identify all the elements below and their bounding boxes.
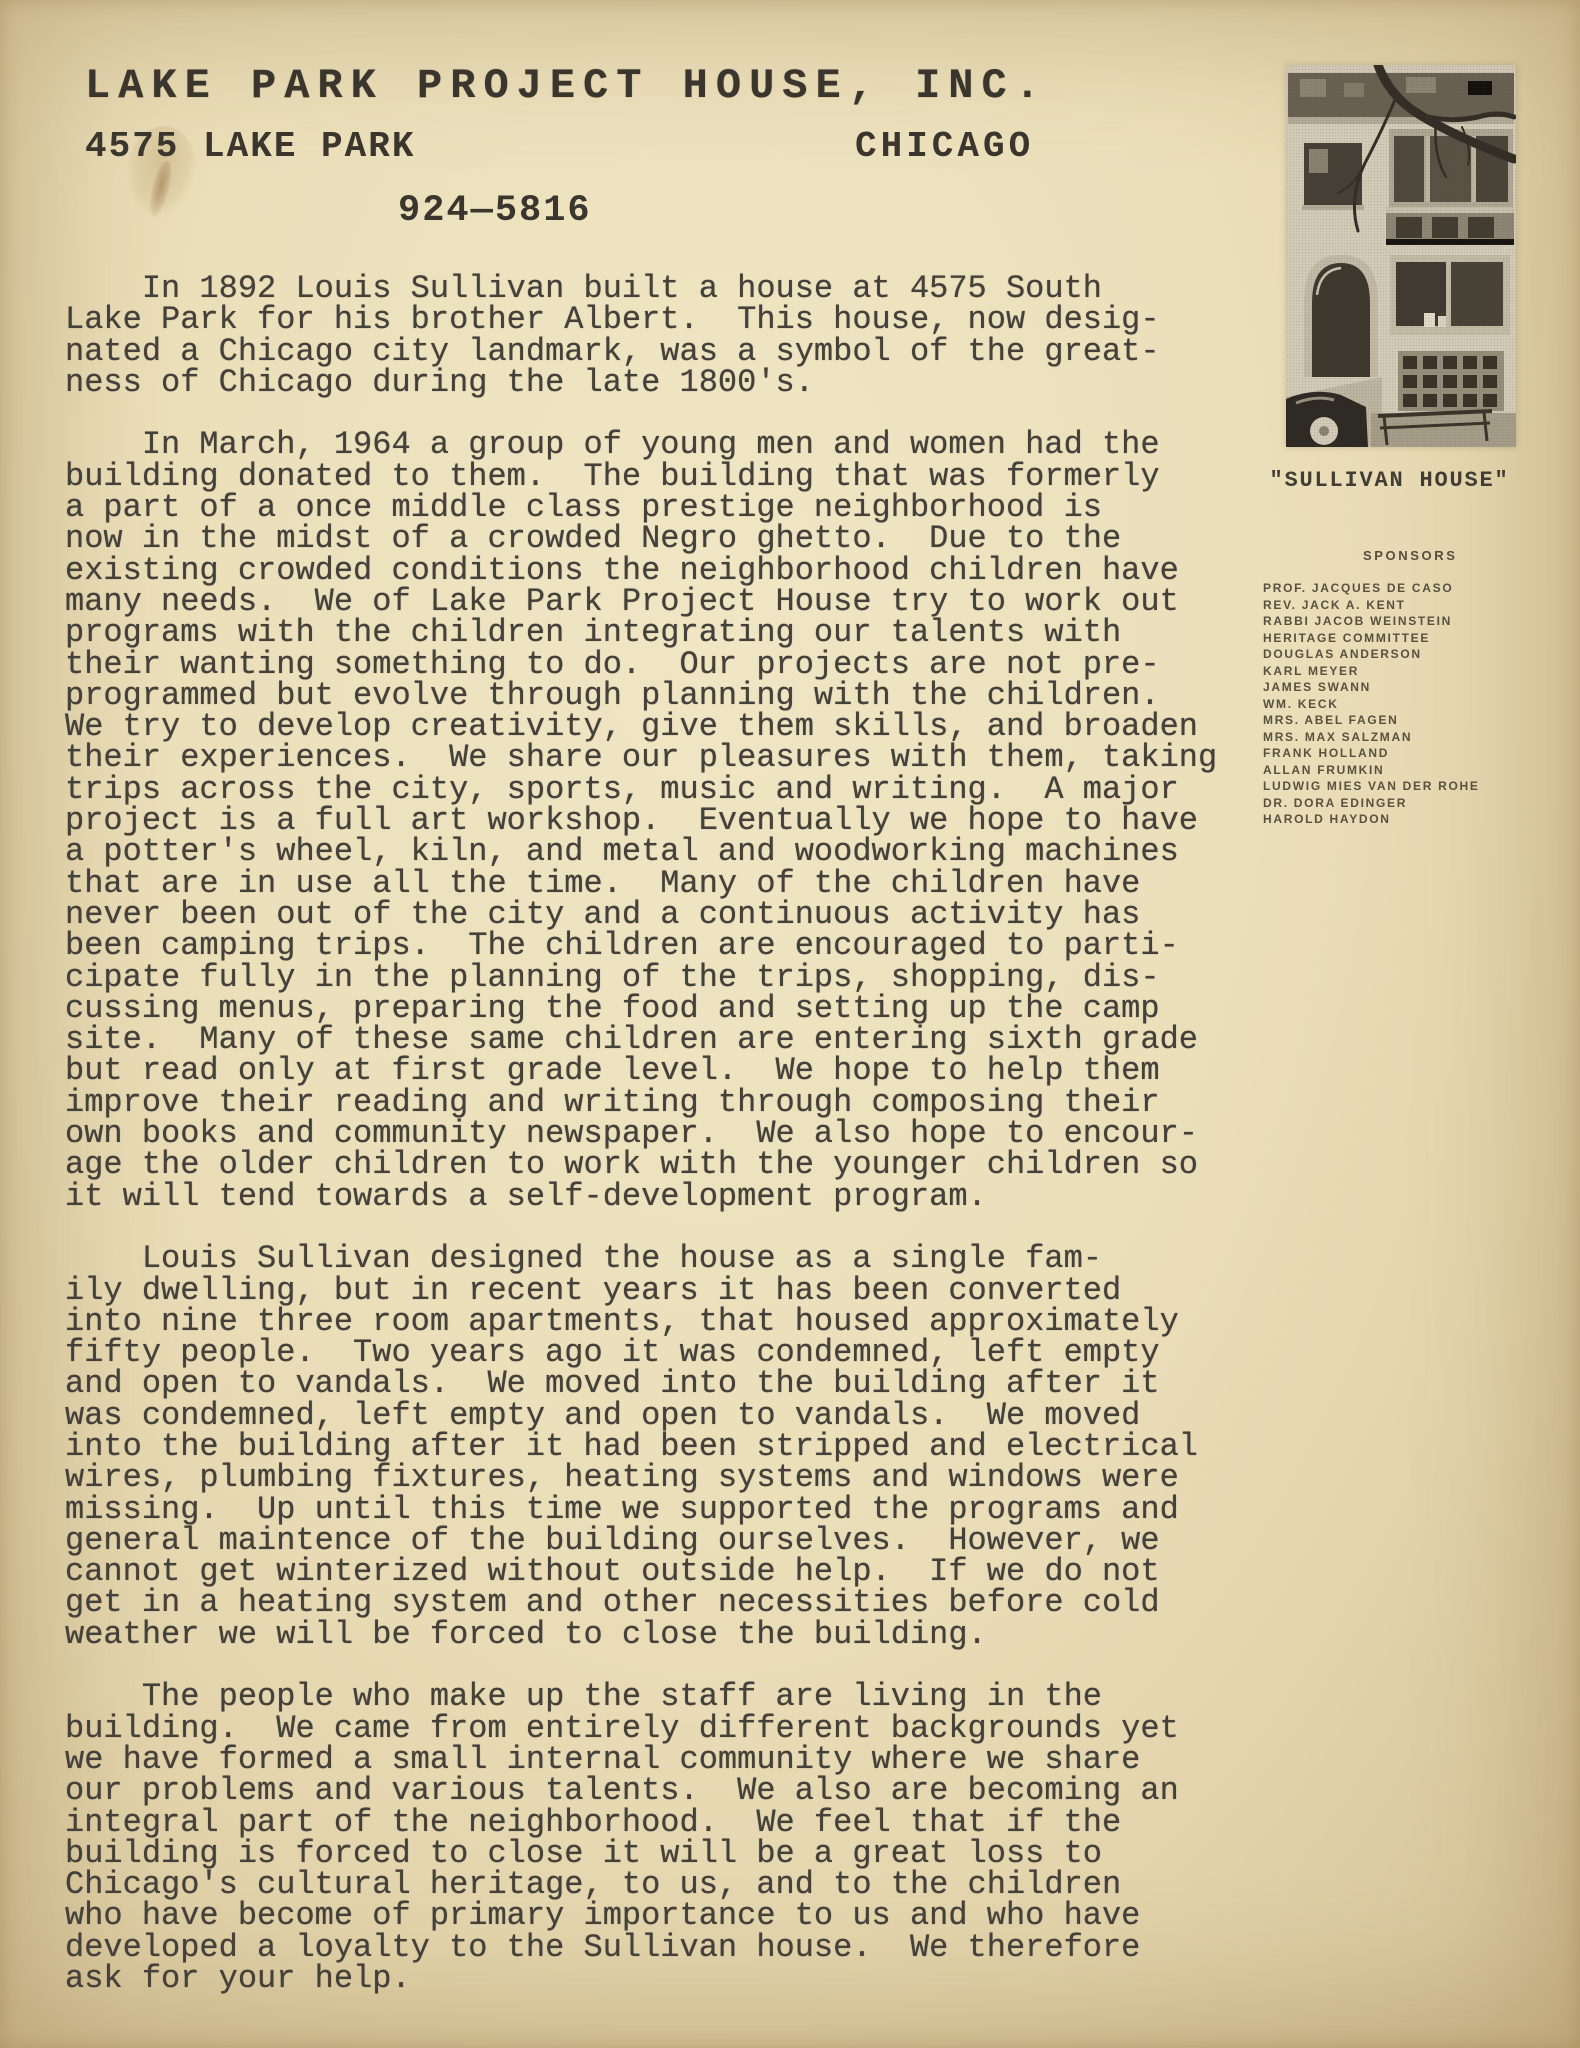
- sponsor-item: REV. JACK A. KENT: [1263, 597, 1563, 614]
- paragraph: The people who make up the staff are liv…: [65, 1681, 1245, 1994]
- sponsor-item: MRS. MAX SALZMAN: [1263, 729, 1563, 746]
- letter-body: In 1892 Louis Sullivan built a house at …: [65, 273, 1245, 2026]
- sponsor-item: DOUGLAS ANDERSON: [1263, 646, 1563, 663]
- organization-name: LAKE PARK PROJECT HOUSE, INC.: [85, 62, 1048, 110]
- city-name: CHICAGO: [855, 126, 1034, 167]
- sponsor-item: WM. KECK: [1263, 696, 1563, 713]
- sponsor-item: KARL MEYER: [1263, 663, 1563, 680]
- sponsor-item: RABBI JACOB WEINSTEIN: [1263, 613, 1563, 630]
- sponsor-list: PROF. JACQUES DE CASOREV. JACK A. KENTRA…: [1263, 580, 1563, 828]
- sponsor-item: LUDWIG MIES VAN DER ROHE: [1263, 778, 1563, 795]
- sponsor-item: HERITAGE COMMITTEE: [1263, 630, 1563, 647]
- photo-caption: "SULLIVAN HOUSE": [1263, 468, 1516, 493]
- paragraph: In March, 1964 a group of young men and …: [65, 429, 1245, 1211]
- paragraph: Louis Sullivan designed the house as a s…: [65, 1243, 1245, 1650]
- sponsor-item: JAMES SWANN: [1263, 679, 1563, 696]
- sullivan-house-photo: [1286, 65, 1516, 447]
- sponsor-item: MRS. ABEL FAGEN: [1263, 712, 1563, 729]
- sponsor-item: ALLAN FRUMKIN: [1263, 762, 1563, 779]
- paragraph: In 1892 Louis Sullivan built a house at …: [65, 273, 1245, 398]
- sponsor-item: DR. DORA EDINGER: [1263, 795, 1563, 812]
- house-facade-illustration: [1286, 65, 1516, 447]
- street-address: 4575 LAKE PARK: [85, 126, 415, 167]
- phone-number: 924—5816: [398, 190, 592, 232]
- sponsor-item: HAROLD HAYDON: [1263, 811, 1563, 828]
- document-page: LAKE PARK PROJECT HOUSE, INC. 4575 LAKE …: [0, 0, 1580, 2048]
- sponsors-heading: SPONSORS: [1363, 548, 1457, 563]
- sponsor-item: PROF. JACQUES DE CASO: [1263, 580, 1563, 597]
- sponsor-item: FRANK HOLLAND: [1263, 745, 1563, 762]
